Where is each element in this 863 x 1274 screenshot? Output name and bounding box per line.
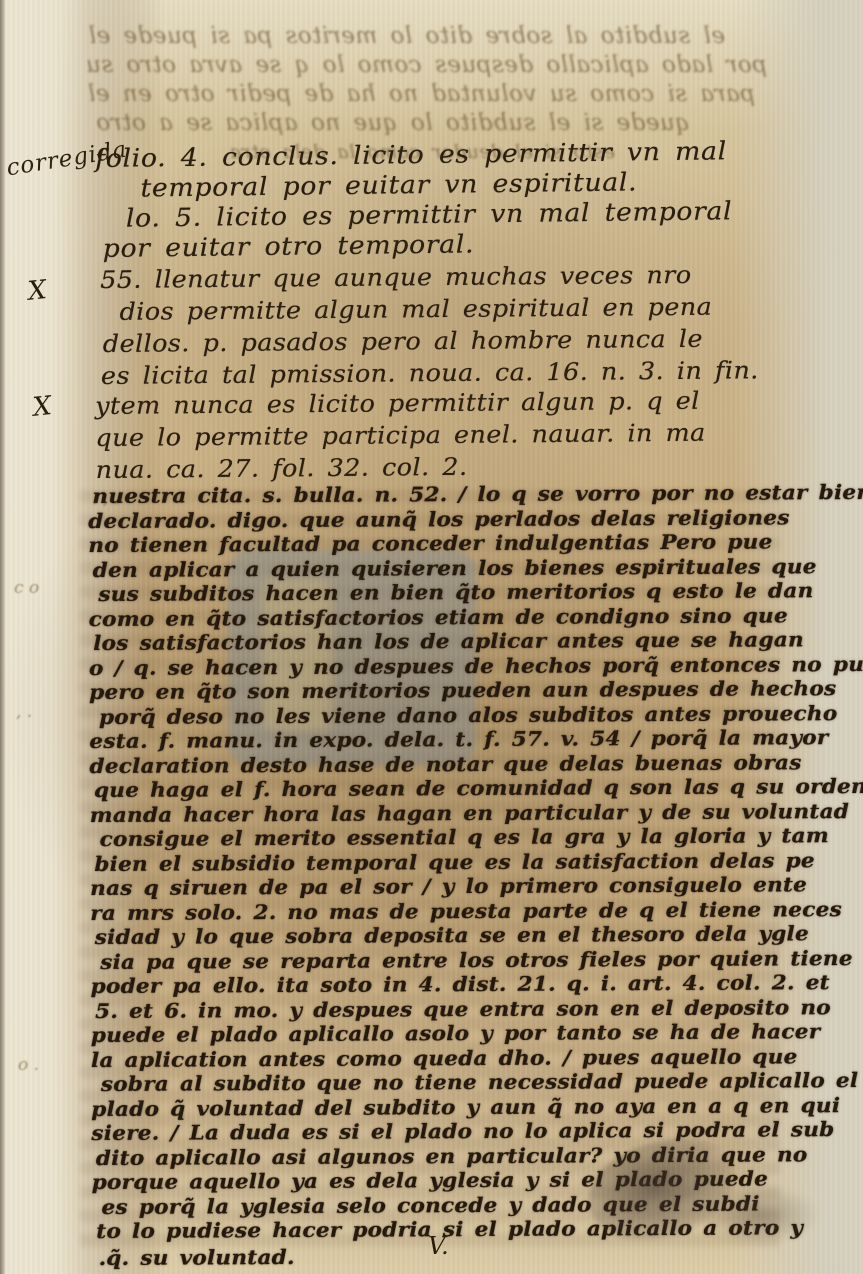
manuscript-line: los satisfactorios han los de aplicar an… <box>93 627 863 656</box>
manuscript-page: el subdito al sobre dito lo meritos pa s… <box>0 0 863 1274</box>
manuscript-line: por euitar otro temporal. <box>103 226 733 264</box>
manuscript-line: que haga el f. hora sean de comunidad q … <box>94 774 863 803</box>
bleedthrough-line: el subdito al sobre dito lo meritos pa s… <box>95 22 725 51</box>
margin-x-mark: X <box>26 275 48 307</box>
manuscript-line: poder pa ello. ita soto in 4. dist. 21. … <box>91 970 863 999</box>
manuscript-line: nuestra cita. s. bulla. n. 52. / lo q se… <box>92 480 863 509</box>
paragraph-2: ytem nunca es licito permittir algun p. … <box>95 385 706 486</box>
bleedthrough-line: por lado aplicallo despues como lo q se … <box>95 51 767 80</box>
manuscript-line: sus subditos hacen en bien q̃to meritori… <box>98 578 863 607</box>
manuscript-line: que lo permitte participa enel. nauar. i… <box>95 417 706 454</box>
footer-flourish-mark: V. <box>428 1232 449 1260</box>
margin-bleed-mark: o . <box>18 1055 39 1075</box>
manuscript-line: siere. / La duda es si el plado no lo ap… <box>91 1117 863 1146</box>
manuscript-line: .q̃. su voluntad. <box>98 1241 863 1270</box>
manuscript-line: ytem nunca es licito permittir algun p. … <box>95 385 706 422</box>
heading-paragraph: folio. 4. conclus. licito es permittir v… <box>95 136 733 264</box>
margin-x-mark: X <box>31 391 53 423</box>
manuscript-line: nas q siruen de pa el sor / y lo primero… <box>90 872 863 901</box>
body-text-block: nuestra cita. s. bulla. n. 52. / lo q se… <box>88 480 863 1270</box>
bleedthrough-line: quede si el subdito lo que no aplica se … <box>95 109 690 138</box>
page-left-edge-shadow <box>0 0 6 1274</box>
manuscript-line: pero en q̃to son meritorios pueden aun d… <box>89 676 863 705</box>
margin-bleed-mark: c o <box>14 578 39 598</box>
manuscript-line: esta. f. manu. in expo. dela. t. f. 57. … <box>89 725 863 754</box>
margin-bleed-mark: , . <box>16 702 32 722</box>
ink-smudge-blob <box>700 1185 820 1245</box>
manuscript-line: puede el plado aplicallo asolo y por tan… <box>91 1019 863 1048</box>
bleedthrough-line: para si como su voluntad no ha de pedir … <box>95 80 755 109</box>
margin-bleed-mark: . , . <box>92 489 119 509</box>
paragraph-1: 55. llenatur que aunque muchas veces nro… <box>100 258 759 392</box>
manuscript-line: no tienen facultad pa conceder indulgent… <box>88 529 863 558</box>
manuscript-line: consigue el merito essential q es la gra… <box>100 823 863 852</box>
manuscript-line: sobra al subdito que no tiene necessidad… <box>101 1068 863 1097</box>
manuscript-line: sidad y lo que sobra deposita se en el t… <box>95 921 863 950</box>
